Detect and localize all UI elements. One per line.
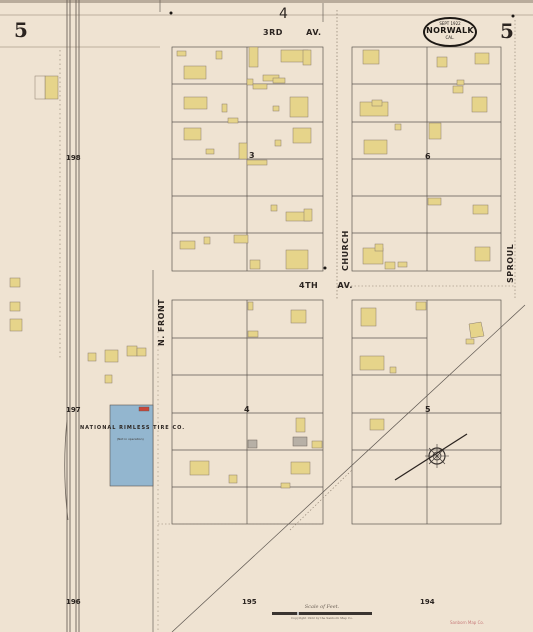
scale-of-feet: Scale of Feet. Copyright 1922 by the San…: [272, 604, 372, 620]
sheet-number-left: 5: [14, 18, 28, 42]
block-number-4: 4: [244, 405, 250, 414]
fourth-av-name: 4TH: [299, 281, 318, 290]
sanborn-map-sheet: 5 5 SEPT 1922 NORWALK CAL. 4 3RD AV. 4TH…: [0, 0, 533, 632]
grid-number-196: 196: [66, 598, 81, 606]
block-number-5: 5: [425, 405, 431, 414]
fourth-av-suffix: AV.: [338, 281, 353, 290]
third-av-name: 3RD: [263, 28, 283, 37]
street-label-3rd-av: 3RD AV.: [263, 28, 322, 37]
third-av-suffix: AV.: [306, 28, 321, 37]
railroad-tracks: [67, 0, 79, 632]
outbuildings-block-4: [248, 437, 307, 448]
national-rimless-tire-co-building: [110, 405, 153, 486]
company-subtext: (Not in operation): [117, 437, 144, 441]
sheet-number-right: 5: [500, 19, 514, 43]
copyright-note: Copyright 1922 by the Sanborn Map Co.: [272, 616, 372, 620]
key-block-number: 4: [279, 6, 288, 22]
company-label: NATIONAL RIMLESS TIRE CO.: [80, 425, 185, 431]
compass-rose-icon: [395, 434, 467, 480]
grid-number-194: 194: [420, 598, 435, 606]
grid-number-195: 195: [242, 598, 257, 606]
dwellings-block-4: [190, 302, 322, 488]
dwellings-west: [10, 76, 146, 383]
town-title-badge: SEPT 1922 NORWALK CAL.: [423, 17, 477, 47]
town-name: NORWALK: [425, 26, 475, 35]
map-graphics: [0, 0, 533, 632]
grid-number-198: 198: [66, 154, 81, 162]
block-number-3: 3: [249, 151, 255, 160]
top-border: [0, 0, 533, 3]
street-label-church: CHURCH: [341, 230, 350, 271]
scale-bar: [272, 612, 372, 615]
dwellings-block-3: [177, 47, 312, 269]
state-name: CAL.: [425, 35, 475, 40]
street-label-sproul: SPROUL: [506, 244, 515, 283]
dwellings-block-5: [360, 302, 484, 430]
street-label-n-front: N. FRONT: [157, 299, 166, 346]
grid-number-197: 197: [66, 406, 81, 414]
block-number-6: 6: [425, 152, 431, 161]
street-label-4th-av: 4TH AV.: [299, 281, 353, 290]
archive-stamp: Sanborn Map Co.: [450, 620, 484, 625]
scale-title: Scale of Feet.: [272, 604, 372, 610]
